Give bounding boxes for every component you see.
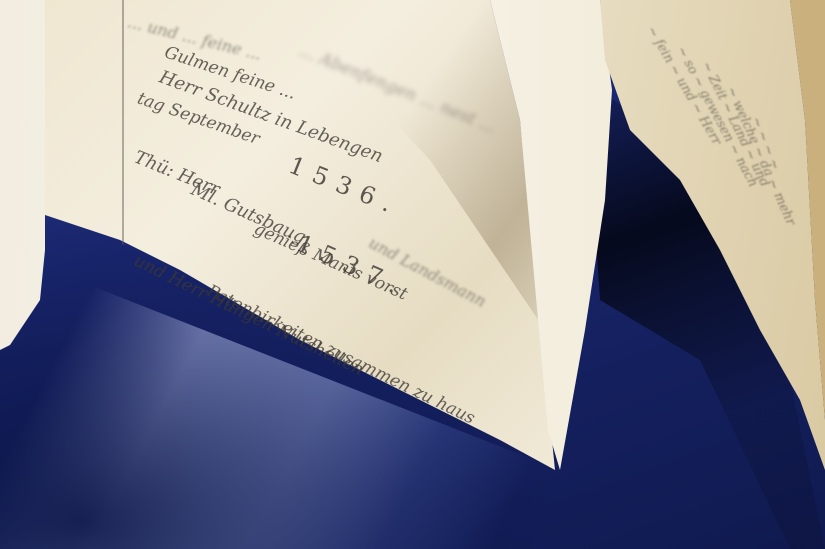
manuscript-photo: ... und ... feine ...Gulmen feine ...Her… [0, 0, 825, 549]
margin-rule [122, 0, 124, 245]
